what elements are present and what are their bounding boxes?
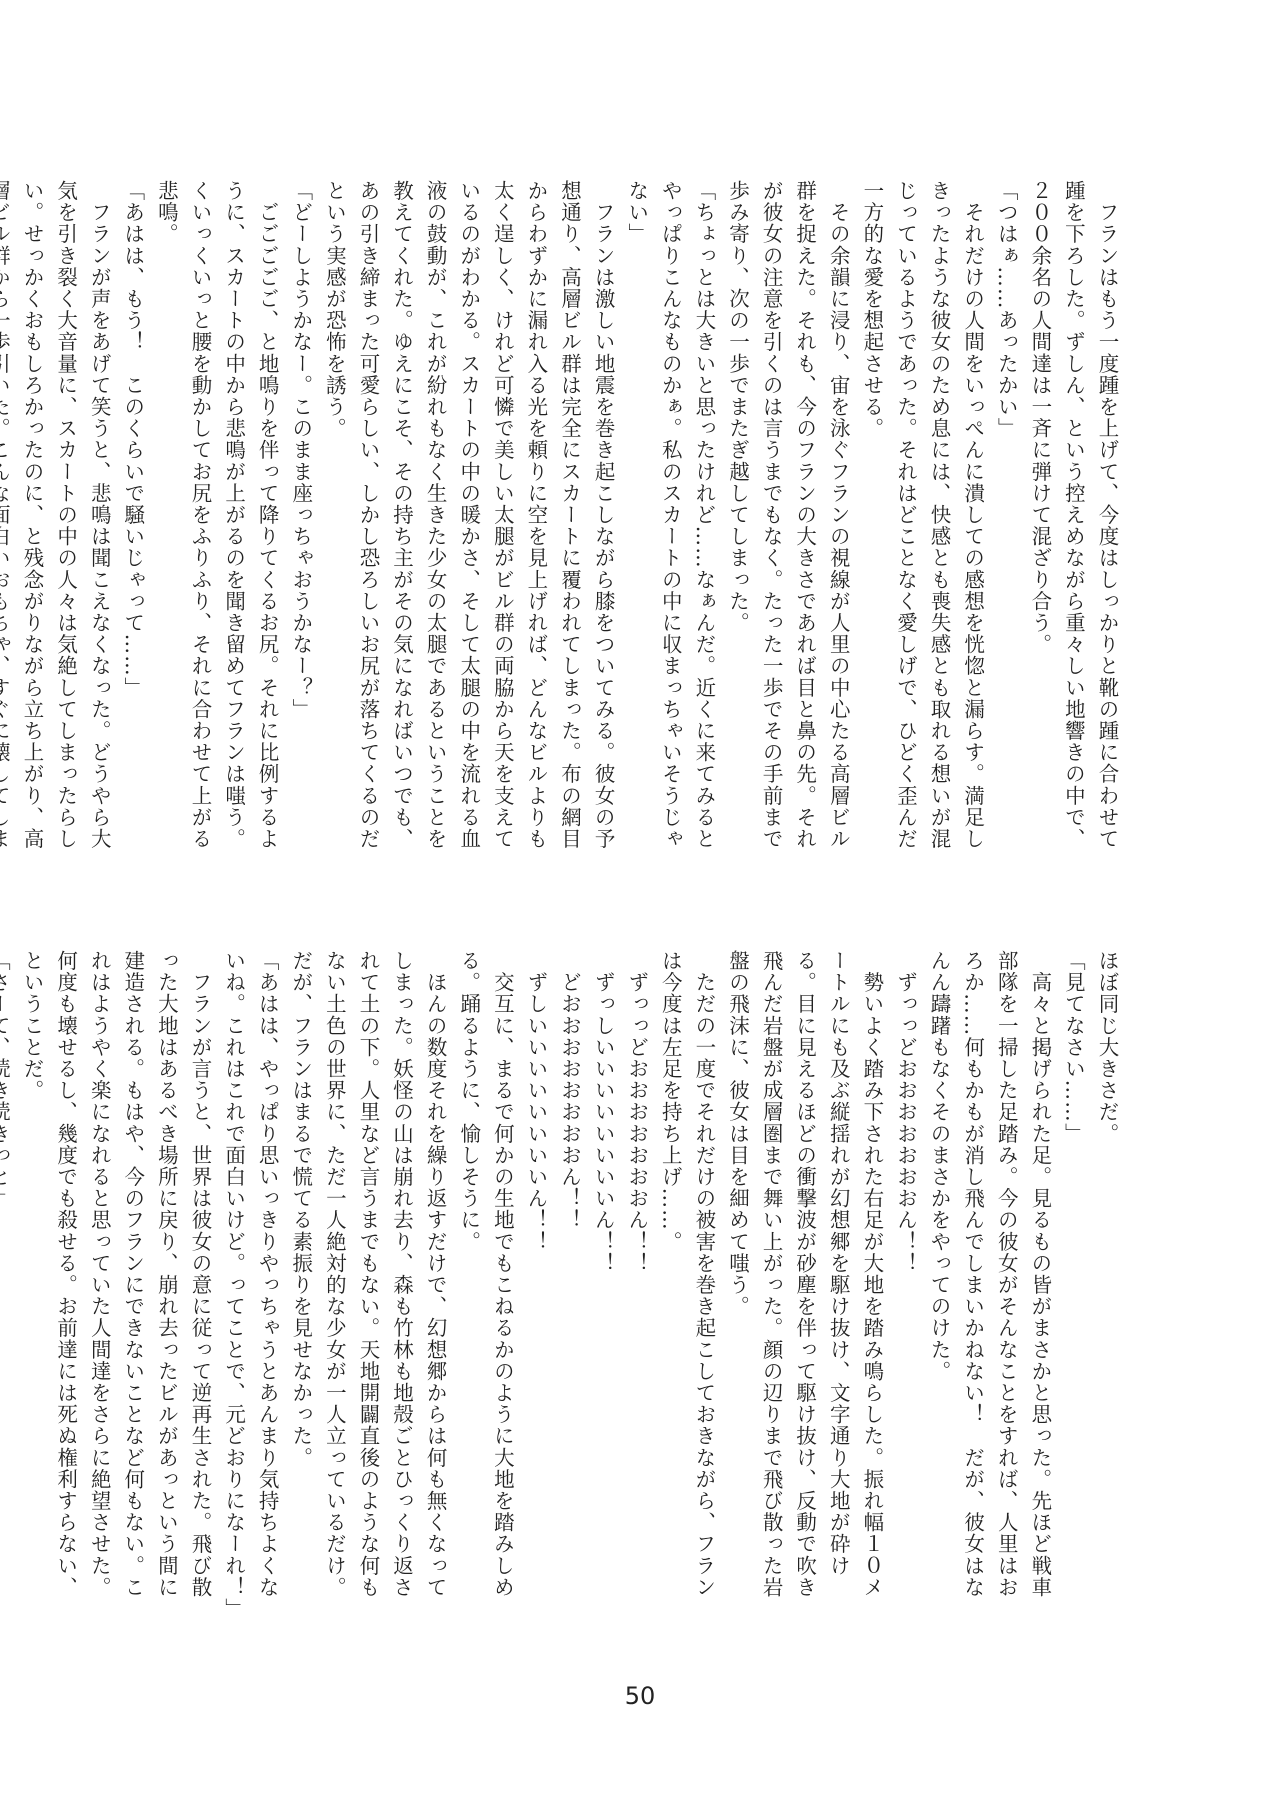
- page-number: 50: [0, 1682, 1280, 1710]
- paragraph: 「あはは、もう！ このくらいで騒いじゃって……」: [115, 180, 149, 850]
- paragraph: それだけの人間をいっぺんに潰しての感想を恍惚と漏らす。満足しきったような彼女のた…: [854, 180, 988, 850]
- paragraph: フランはもう一度踵を上げて、今度はしっかりと靴の踵に合わせて踵を下ろした。ずしん…: [1022, 180, 1123, 850]
- paragraph: フランが声をあげて笑うと、悲鳴は聞こえなくなった。どうやら大気を引き裂く大音量に…: [0, 180, 115, 850]
- paragraph: ごごごごご、と地鳴りを伴って降りてくるお尻。それに比例するように、スカートの中か…: [149, 180, 283, 850]
- paragraph: フランが言うと、世界は彼女の意に従って逆再生された。飛び散った大地はあるべき場所…: [14, 950, 216, 1615]
- paragraph: 「つはぁ……あったかい」: [989, 180, 1023, 850]
- paragraph: ずっっどおおおおおおおん！！: [619, 950, 653, 1615]
- text-block-bottom: ほぼ同じ大きさだ。「見てなさい……」 高々と掲げられた足。見るもの皆がまさかと思…: [148, 950, 1123, 1615]
- paragraph: ずっっどおおおおおおおん！！: [888, 950, 922, 1615]
- paragraph: フランは激しい地震を巻き起こしながら膝をついてみる。彼女の予想通り、高層ビル群は…: [317, 180, 619, 850]
- paragraph: 交互に、まるで何かの生地でもこねるかのように大地を踏みしめる。踊るように、愉しそ…: [451, 950, 518, 1615]
- paragraph: ただの一度でそれだけの被害を巻き起こしておきながら、フランは今度は左足を持ち上げ…: [653, 950, 720, 1615]
- paragraph: 「ちょっとは大きいと思ったけれど……なぁんだ。近くに来てみるとやっぱりこんなもの…: [619, 180, 720, 850]
- text-block-top: フランはもう一度踵を上げて、今度はしっかりと靴の踵に合わせて踵を下ろした。ずしん…: [148, 180, 1123, 850]
- paragraph: その余韻に浸り、宙を泳ぐフランの視線が人里の中心たる高層ビル群を捉えた。それも、…: [720, 180, 854, 850]
- paragraph: 勢いよく踏み下された右足が大地を踏み鳴らした。振れ幅１０メートルにも及ぶ縦揺れが…: [720, 950, 888, 1615]
- paragraph: ほぼ同じ大きさだ。: [1089, 950, 1123, 1615]
- paragraph: どおおおおおおおおん！！: [552, 950, 586, 1615]
- paragraph: 「さーて、続き続きっと」: [0, 950, 14, 1615]
- paragraph: 「見てなさい……」: [1056, 950, 1090, 1615]
- paragraph: 「あはは、やっぱり思いっきりやっちゃうとあんまり気持ちよくないね。これはこれで面…: [216, 950, 283, 1615]
- paragraph: ずしいいいいいいいいん！！: [518, 950, 552, 1615]
- paragraph: ほんの数度それを繰り返すだけで、幻想郷からは何も無くなってしまった。妖怪の山は崩…: [283, 950, 451, 1615]
- paragraph: 高々と掲げられた足。見るもの皆がまさかと思った。先ほど戦車部隊を一掃した足踏み。…: [921, 950, 1055, 1615]
- paragraph: 「どーしようかなー。このまま座っちゃおうかなー？」: [283, 180, 317, 850]
- paragraph: ずっしいいいいいいいいん！！: [586, 950, 620, 1615]
